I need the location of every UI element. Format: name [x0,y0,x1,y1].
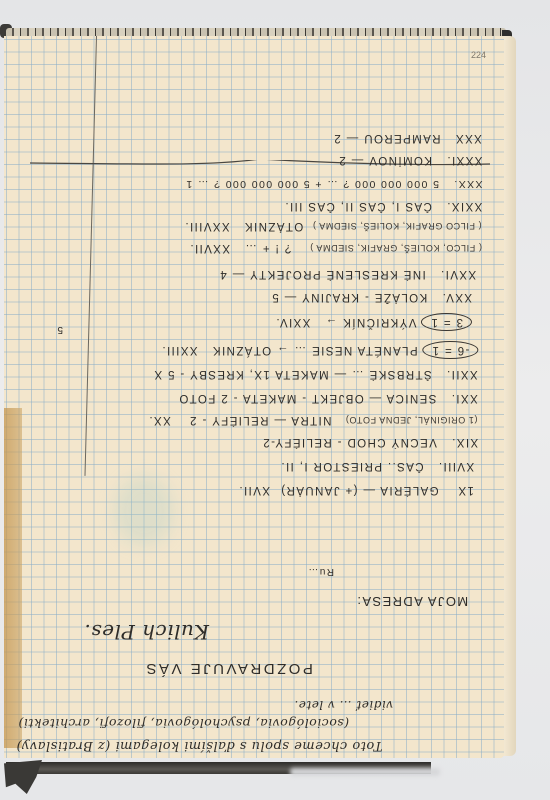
list-item: XXII.ŠTRBSKÉ … — MAKETA 1X, KRESBY - 5 X [153,368,478,380]
list-item: XIX.VECNÝ CHOD - RELIÉFY-2 [262,436,478,448]
address-label: MOJA ADRESA: [356,594,468,609]
list-item: XVIII.ČAS.. PRIESTOR I, II. [280,460,474,472]
list-item: 3 = 1 VÝKRIČNÍK →XXIV. [275,316,472,328]
notebook-page: 224 XXXRAMPEROU — 2 XXXI.KOMÍNOV — 2 XXX… [4,36,504,758]
shadow [290,768,440,776]
list-item: 1X GALÉRIA — (+ JANUÁR)XVII. [238,484,474,496]
margin-line [84,36,97,476]
page-number: 224 [471,50,486,60]
list-item: XXXI.KOMÍNOV — 2 [338,154,482,166]
margin-mark: 5 [56,324,63,335]
circled-note: 3 = 1 [421,313,472,331]
list-item: ( FILCO, KOLIEŠ, GRAFIK, SIEDMA ) ? ! + … [189,242,482,254]
paragraph-line-1: Toto chceme spolu s ďalšími kolegami (z … [16,738,382,753]
list-item: XXI.SENICA — OBJEKT - MAKETA - 2 FOTO [178,392,478,404]
paragraph-line-2: (sociológovia, psychológovia, filozofi, … [18,716,349,731]
list-item: -6 = 1 PLANÉTA NESIE … → OTÁZNIKXXIII. [161,344,478,356]
ink-smudge [114,476,174,546]
list-item: XXVI.INÉ KRESLENÉ PROJEKTY — 4 [219,268,476,280]
list-item: ( FILCO GRAFIK, KOLIEŠ, SIEDMA ) OTÁZNIK… [184,220,482,232]
list-item: XXXRAMPEROU — 2 [333,132,482,144]
list-item: (1 ORIGINÁL, JEDNA FOTO) NITRA — RELIÉFY… [148,414,478,426]
address-value: Ru… [307,566,334,577]
list-item: XXV.KOLÁŽE - KRAJINY — 5 [271,291,472,303]
circled-note: -6 = 1 [422,341,478,359]
list-item: XXX.5 000 000 000 ? … + 5 000 000 000 ? … [185,178,483,190]
list-item: XXIX.ČAS I, ČAS II, ČAS III. [284,200,482,212]
greeting: POZDRAVUJE VÁS [144,660,313,677]
paper-stain [4,408,22,748]
paragraph-line-3: vidieť … v lete. [294,698,393,712]
cover-tear [4,760,42,794]
signature: Kulich Ples. [84,620,209,644]
